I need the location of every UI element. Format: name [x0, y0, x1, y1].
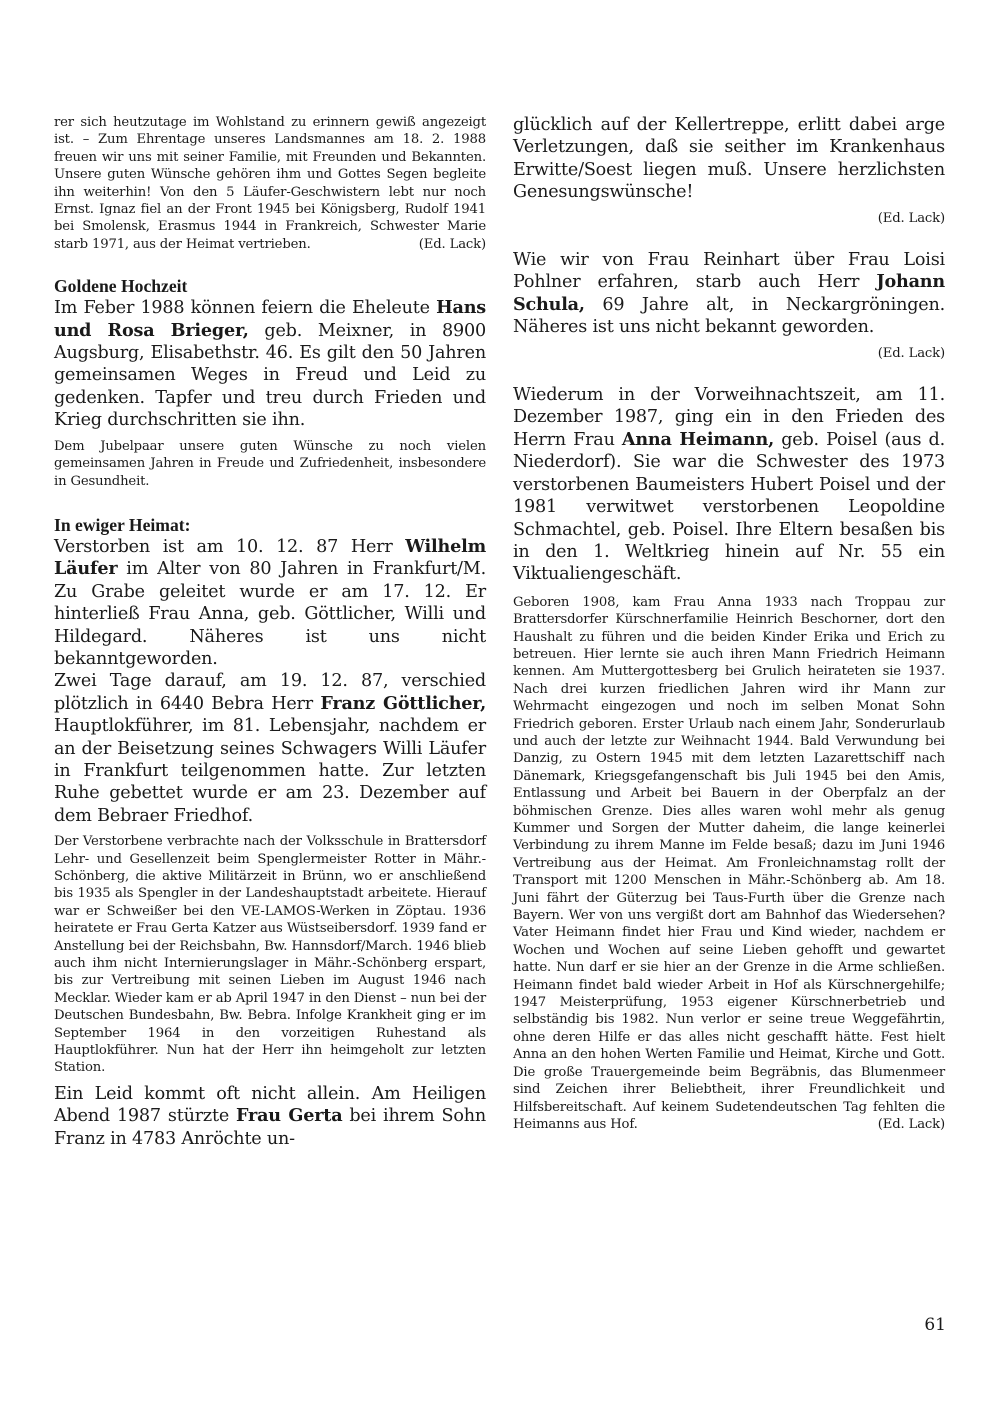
accident-paragraph: Ein Leid kommt oft nicht allein. Am Heil…: [54, 1083, 486, 1150]
signature: (Ed. Lack): [878, 1116, 945, 1133]
obituary-heimann: Wiederum in der Vorweihnachtszeit, am 11…: [513, 384, 945, 586]
obituary-schula: Wie wir von Frau Reinhart über Frau Lois…: [513, 249, 945, 339]
golden-wedding-paragraph: Im Feber 1988 können feiern die Eheleute…: [54, 297, 486, 431]
deceased-name: Franz Göttlicher,: [320, 693, 486, 714]
signature: (Ed. Lack): [513, 345, 945, 362]
right-column: glücklich auf der Kellertreppe, erlitt d…: [513, 114, 945, 1133]
intro-paragraph: rer sich heutzutage im Wohlstand zu erin…: [54, 114, 486, 253]
page-number: 61: [924, 1315, 946, 1335]
person-name: Frau Gerta: [236, 1105, 342, 1126]
signature: (Ed. Lack): [419, 236, 486, 253]
section-heading-golden-wedding: Goldene Hochzeit: [54, 275, 486, 297]
left-column: rer sich heutzutage im Wohlstand zu erin…: [54, 114, 486, 1150]
obituary-goettlicher: Zwei Tage darauf, am 19. 12. 87, verschi…: [54, 670, 486, 827]
biography-goettlicher: Der Verstorbene verbrachte nach der Volk…: [54, 833, 486, 1077]
section-heading-eternal-home: In ewiger Heimat:: [54, 514, 486, 536]
golden-wedding-wishes: Dem Jubelpaar unsere guten Wünsche zu no…: [54, 438, 486, 490]
biography-heimann: Geboren 1908, kam Frau Anna 1933 nach Tr…: [513, 594, 945, 1134]
deceased-name: Anna Heimann,: [622, 429, 774, 450]
obituary-laeufer: Verstorben ist am 10. 12. 87 Herr Wilhel…: [54, 536, 486, 670]
signature: (Ed. Lack): [513, 210, 945, 227]
accident-continued: glücklich auf der Kellertreppe, erlitt d…: [513, 114, 945, 204]
